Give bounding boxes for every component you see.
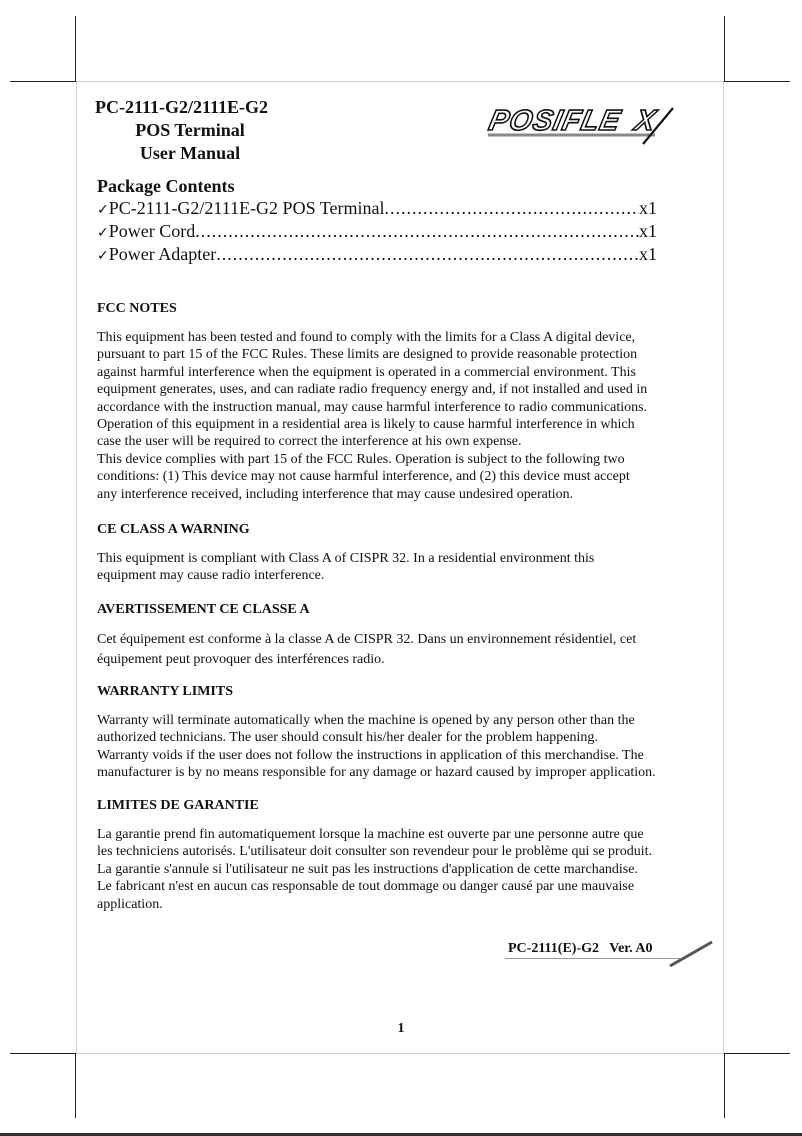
title-doc-type: User Manual xyxy=(95,142,285,165)
checkmark-icon: ✓ xyxy=(97,223,109,244)
item-name: PC-2111-G2/2111E-G2 POS Terminal xyxy=(109,198,385,219)
fcc-notes-section: FCC NOTES This equipment has been tested… xyxy=(97,300,717,503)
crop-mark-bottom-right-vertical xyxy=(724,1053,725,1118)
checkmark-icon: ✓ xyxy=(97,246,109,267)
item-quantity: x1 xyxy=(639,221,657,242)
crop-mark-top-right-horizontal xyxy=(724,81,790,82)
crop-mark-top-left-vertical xyxy=(75,16,76,81)
section-heading: LIMITES DE GARANTIE xyxy=(97,797,717,814)
avertissement-ce-section: AVERTISSEMENT CE CLASSE A Cet équipement… xyxy=(97,601,717,670)
decorative-slash-icon xyxy=(668,940,716,968)
page-border-left xyxy=(76,81,77,1053)
section-heading: AVERTISSEMENT CE CLASSE A xyxy=(97,601,717,618)
item-name: Power Adapter xyxy=(109,244,216,265)
item-name: Power Cord xyxy=(109,221,196,242)
leader-dots xyxy=(216,244,639,265)
list-item: ✓ PC-2111-G2/2111E-G2 POS Terminal x1 xyxy=(97,198,657,221)
page-border-right xyxy=(723,81,724,1053)
svg-text:X: X xyxy=(630,104,661,137)
title-product: POS Terminal xyxy=(95,119,285,142)
leader-dots xyxy=(384,198,639,219)
crop-mark-bottom-right-horizontal xyxy=(724,1053,790,1054)
page-border-top xyxy=(76,81,724,82)
section-body: La garantie prend fin automatiquement lo… xyxy=(97,826,717,913)
section-heading: FCC NOTES xyxy=(97,300,717,317)
checkmark-icon: ✓ xyxy=(97,200,109,221)
list-item: ✓ Power Cord x1 xyxy=(97,221,657,244)
leader-dots xyxy=(195,221,639,242)
section-body: Cet équipement est conforme à la classe … xyxy=(97,630,717,670)
document-title: PC-2111-G2/2111E-G2 POS Terminal User Ma… xyxy=(95,96,285,165)
page-number: 1 xyxy=(0,1021,802,1037)
list-item: ✓ Power Adapter x1 xyxy=(97,244,657,267)
item-quantity: x1 xyxy=(639,198,657,219)
package-contents-heading: Package Contents xyxy=(97,175,235,197)
page-border-bottom xyxy=(76,1053,724,1054)
section-body: This equipment has been tested and found… xyxy=(97,329,717,503)
version-underline xyxy=(505,958,680,959)
section-heading: WARRANTY LIMITS xyxy=(97,683,717,700)
crop-mark-bottom-left-vertical xyxy=(75,1053,76,1118)
section-body: Warranty will terminate automatically wh… xyxy=(97,712,717,782)
crop-mark-bottom-left-horizontal xyxy=(10,1053,76,1054)
crop-mark-top-right-vertical xyxy=(724,16,725,81)
package-contents-list: ✓ PC-2111-G2/2111E-G2 POS Terminal x1 ✓ … xyxy=(97,198,657,267)
warranty-limits-section: WARRANTY LIMITS Warranty will terminate … xyxy=(97,683,717,782)
section-body: This equipment is compliant with Class A… xyxy=(97,550,717,585)
section-heading: CE CLASS A WARNING xyxy=(97,521,717,538)
crop-mark-top-left-horizontal xyxy=(10,81,76,82)
limites-de-garantie-section: LIMITES DE GARANTIE La garantie prend fi… xyxy=(97,797,717,913)
version-label: PC-2111(E)-G2 Ver. A0 xyxy=(508,940,653,957)
posiflex-logo-icon: POSIFLE X xyxy=(485,104,680,148)
title-model: PC-2111-G2/2111E-G2 xyxy=(95,96,285,119)
item-quantity: x1 xyxy=(639,244,657,265)
svg-text:POSIFLE: POSIFLE xyxy=(486,104,624,137)
ce-class-a-warning-section: CE CLASS A WARNING This equipment is com… xyxy=(97,521,717,585)
